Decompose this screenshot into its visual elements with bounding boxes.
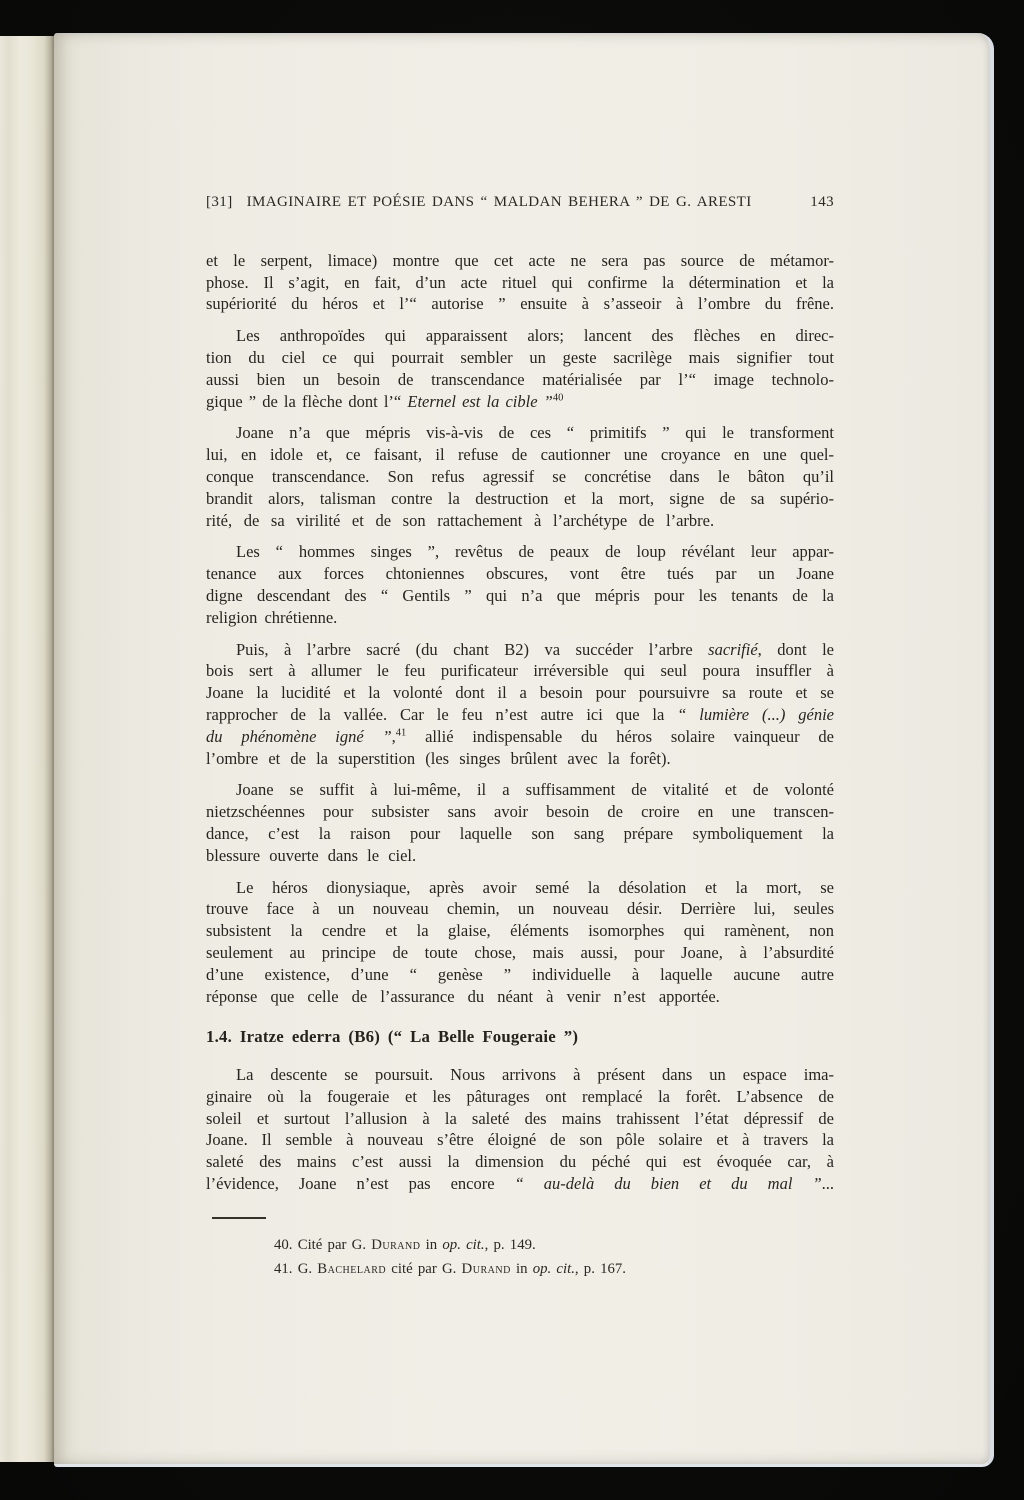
text-line: phose. Il s’agit, en fait, d’un acte rit… (206, 272, 834, 294)
text-line: Les anthropoïdes qui apparaissent alors;… (206, 325, 834, 347)
text-segment: dance, c’est la raison pour laquelle son… (206, 824, 834, 843)
text-segment: seulement au principe de toute chose, ma… (206, 943, 834, 962)
text-segment: Le héros dionysiaque, après avoir semé l… (236, 878, 834, 897)
text-segment: réponse que celle de l’assurance du néan… (206, 987, 720, 1006)
text-segment: l’évidence, Joane n’est pas encore (206, 1174, 515, 1193)
text-segment: “ lumière (...) génie (677, 705, 834, 724)
footnote-block: 40. Cité par G. Durand in op. cit., p. 1… (206, 1217, 834, 1281)
adjacent-page-edge (0, 36, 54, 1462)
text-line: ginaire où la fougeraie et les pâturages… (206, 1086, 834, 1108)
section-heading: 1.4. Iratze ederra (B6) (“ La Belle Foug… (206, 1026, 834, 1048)
text-segment: tion du ciel ce qui pourrait sembler un … (206, 348, 834, 367)
text-segment: La descente se poursuit. Nous arrivons à… (236, 1065, 834, 1084)
text-line: l’évidence, Joane n’est pas encore “ au-… (206, 1173, 834, 1195)
page-content: [31] IMAGINAIRE ET POÉSIE DANS “ MALDAN … (206, 192, 834, 1281)
text-segment: Bachelard (317, 1261, 386, 1277)
body-paragraph: La descente se poursuit. Nous arrivons à… (206, 1064, 834, 1195)
text-segment: Joane n’a que mépris vis-à-vis de ces “ … (236, 423, 834, 442)
running-header: [31] IMAGINAIRE ET POÉSIE DANS “ MALDAN … (206, 192, 834, 214)
text-segment: religion chrétienne. (206, 608, 337, 627)
text-segment: 40 (553, 392, 564, 403)
text-segment: tenance aux forces chtoniennes obscures,… (206, 564, 834, 583)
body-paragraph: Le héros dionysiaque, après avoir semé l… (206, 877, 834, 1008)
text-segment: et le serpent, limace) montre que cet ac… (206, 251, 834, 270)
text-segment: rité, de sa virilité et de son rattachem… (206, 511, 714, 530)
text-segment: subsistent la cendre et la glaise, éléme… (206, 921, 834, 940)
text-line: trouve face à un nouveau chemin, un nouv… (206, 898, 834, 920)
text-line: Joane se suffit à lui-même, il a suffisa… (206, 779, 834, 801)
text-segment: 41 (396, 727, 407, 738)
text-line: tion du ciel ce qui pourrait sembler un … (206, 347, 834, 369)
text-line: bois sert à allumer le feu purificateur … (206, 660, 834, 682)
text-line: conque transcendance. Son refus agressif… (206, 466, 834, 488)
text-segment: trouve face à un nouveau chemin, un nouv… (206, 899, 834, 918)
text-line: d’une existence, d’une “ genèse ” indivi… (206, 964, 834, 986)
body-text: et le serpent, limace) montre que cet ac… (206, 250, 834, 1195)
text-segment: gique ” de la flèche dont l’“ (206, 392, 407, 411)
text-line: tenance aux forces chtoniennes obscures,… (206, 563, 834, 585)
footnotes: 40. Cité par G. Durand in op. cit., p. 1… (206, 1233, 834, 1281)
text-segment: phose. Il s’agit, en fait, d’un acte rit… (206, 273, 834, 292)
body-paragraph: et le serpent, limace) montre que cet ac… (206, 250, 834, 315)
text-segment: rapprocher de la vallée. Car le feu n’es… (206, 705, 677, 724)
text-segment: Durand (371, 1237, 420, 1253)
text-line: l’ombre et de la superstition (les singe… (206, 748, 834, 770)
running-title: IMAGINAIRE ET POÉSIE DANS “ MALDAN BEHER… (233, 192, 799, 214)
text-line: blessure ouverte dans le ciel. (206, 845, 834, 867)
text-segment: aussi bien un besoin de transcendance ma… (206, 370, 834, 389)
text-segment: ginaire où la fougeraie et les pâturages… (206, 1087, 834, 1106)
text-line: Joane n’a que mépris vis-à-vis de ces “ … (206, 422, 834, 444)
text-line: et le serpent, limace) montre que cet ac… (206, 250, 834, 272)
text-segment: op. cit. (442, 1237, 484, 1253)
footnote: 41. G. Bachelard cité par G. Durand in o… (206, 1257, 834, 1281)
body-paragraph: Les “ hommes singes ”, revêtus de peaux … (206, 541, 834, 628)
text-segment: nietzschéennes pour subsister sans avoir… (206, 802, 834, 821)
page-number: 143 (810, 192, 834, 214)
text-segment: in (420, 1237, 442, 1253)
text-line: Les “ hommes singes ”, revêtus de peaux … (206, 541, 834, 563)
text-line: Joane la lucidité et la volonté dont il … (206, 682, 834, 704)
text-line: seulement au principe de toute chose, ma… (206, 942, 834, 964)
text-line: saleté des mains c’est aussi la dimensio… (206, 1151, 834, 1173)
text-segment: lui, en idole et, ce faisant, il refuse … (206, 445, 834, 464)
text-line: nietzschéennes pour subsister sans avoir… (206, 801, 834, 823)
text-line: lui, en idole et, ce faisant, il refuse … (206, 444, 834, 466)
scanned-book-photo: [31] IMAGINAIRE ET POÉSIE DANS “ MALDAN … (0, 0, 1024, 1500)
text-line: rapprocher de la vallée. Car le feu n’es… (206, 704, 834, 726)
text-segment: , p. 149. (485, 1237, 536, 1253)
text-line: Le héros dionysiaque, après avoir semé l… (206, 877, 834, 899)
text-segment: bois sert à allumer le feu purificateur … (206, 661, 834, 680)
footnote: 40. Cité par G. Durand in op. cit., p. 1… (206, 1233, 834, 1257)
text-segment: Joane se suffit à lui-même, il a suffisa… (236, 780, 834, 799)
text-segment: brandit alors, talisman contre la destru… (206, 489, 834, 508)
text-segment: supériorité du héros et l’“ autorise ” e… (206, 294, 834, 313)
text-segment: saleté des mains c’est aussi la dimensio… (206, 1152, 834, 1171)
body-paragraph: Les anthropoïdes qui apparaissent alors;… (206, 325, 834, 412)
text-segment: sacrifié (708, 640, 758, 659)
text-segment: , p. 167. (575, 1261, 626, 1277)
text-segment: Joane. Il semble à nouveau s’être éloign… (206, 1130, 834, 1149)
text-segment: Joane la lucidité et la volonté dont il … (206, 683, 834, 702)
text-line: digne descendant des “ Gentils ” qui n’a… (206, 585, 834, 607)
body-paragraph: Puis, à l’arbre sacré (du chant B2) va s… (206, 639, 834, 770)
text-line: rité, de sa virilité et de son rattachem… (206, 510, 834, 532)
footnote-separator-rule (212, 1217, 266, 1219)
text-segment: conque transcendance. Son refus agressif… (206, 467, 834, 486)
text-segment: allié indispensable du héros solaire vai… (406, 727, 834, 746)
text-segment: 41. G. (274, 1261, 317, 1277)
body-paragraph: Joane n’a que mépris vis-à-vis de ces “ … (206, 422, 834, 531)
text-segment: “ au-delà du bien et du mal ” (515, 1174, 822, 1193)
text-segment: op. cit. (533, 1261, 575, 1277)
text-line: subsistent la cendre et la glaise, éléme… (206, 920, 834, 942)
text-segment: Eternel est la cible (407, 392, 537, 411)
text-segment: Puis, à l’arbre sacré (du chant B2) va s… (236, 640, 708, 659)
text-segment: du phénomène igné ” (206, 727, 392, 746)
text-line: gique ” de la flèche dont l’“ Eternel es… (206, 391, 834, 413)
text-segment: d’une existence, d’une “ genèse ” indivi… (206, 965, 834, 984)
text-segment: l’ombre et de la superstition (les singe… (206, 749, 671, 768)
body-paragraph: Joane se suffit à lui-même, il a suffisa… (206, 779, 834, 866)
text-line: supériorité du héros et l’“ autorise ” e… (206, 293, 834, 315)
text-segment: Les anthropoïdes qui apparaissent alors;… (236, 326, 834, 345)
text-segment: soleil et surtout l’allusion à la saleté… (206, 1109, 834, 1128)
text-segment: ” (538, 392, 553, 411)
text-segment: blessure ouverte dans le ciel. (206, 846, 416, 865)
text-line: soleil et surtout l’allusion à la saleté… (206, 1108, 834, 1130)
text-segment: cité par G. (386, 1261, 461, 1277)
margin-section-number: [31] (206, 192, 233, 214)
text-line: La descente se poursuit. Nous arrivons à… (206, 1064, 834, 1086)
text-line: brandit alors, talisman contre la destru… (206, 488, 834, 510)
text-line: Joane. Il semble à nouveau s’être éloign… (206, 1129, 834, 1151)
text-line: religion chrétienne. (206, 607, 834, 629)
text-segment: Durand (462, 1261, 511, 1277)
text-segment: 40. Cité par G. (274, 1237, 371, 1253)
text-segment: Les “ hommes singes ”, revêtus de peaux … (236, 542, 834, 561)
text-segment: in (511, 1261, 533, 1277)
text-segment: ... (822, 1174, 834, 1193)
text-segment: digne descendant des “ Gentils ” qui n’a… (206, 586, 834, 605)
text-line: Puis, à l’arbre sacré (du chant B2) va s… (206, 639, 834, 661)
text-line: aussi bien un besoin de transcendance ma… (206, 369, 834, 391)
text-line: réponse que celle de l’assurance du néan… (206, 986, 834, 1008)
text-line: dance, c’est la raison pour laquelle son… (206, 823, 834, 845)
text-line: du phénomène igné ”,41 allié indispensab… (206, 726, 834, 748)
book-page: [31] IMAGINAIRE ET POÉSIE DANS “ MALDAN … (54, 33, 994, 1467)
text-segment: , dont le (758, 640, 834, 659)
